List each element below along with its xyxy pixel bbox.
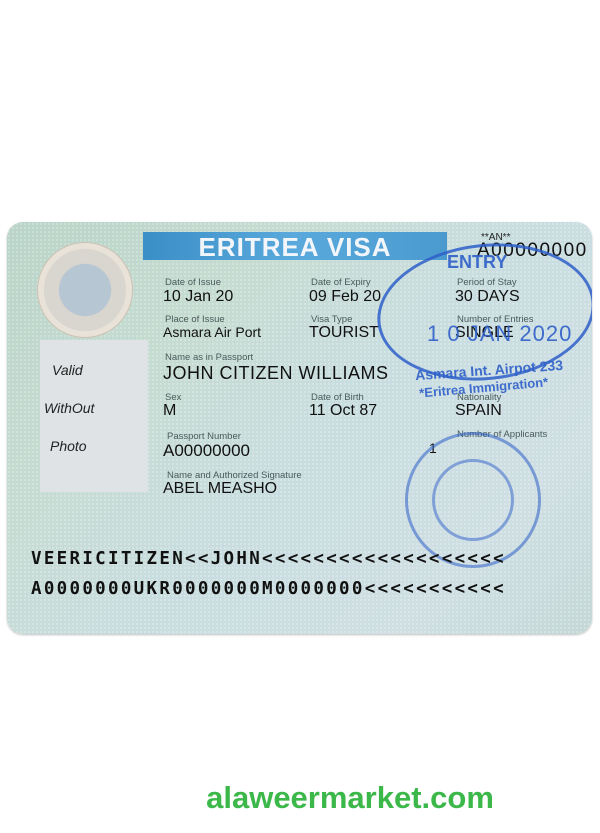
immigration-seal-icon bbox=[405, 432, 541, 568]
stamp-date: 1 0 JAN 2020 bbox=[427, 321, 572, 347]
hologram-seal-icon bbox=[37, 242, 133, 338]
date-of-issue-value: 10 Jan 20 bbox=[163, 288, 233, 306]
sex-value: M bbox=[163, 402, 176, 420]
passport-number-value: A00000000 bbox=[163, 441, 250, 461]
photo-text-2: WithOut bbox=[44, 400, 148, 416]
date-of-issue-label: Date of Issue bbox=[165, 277, 221, 288]
photo-text-1: Valid bbox=[52, 362, 148, 378]
name-label: Name as in Passport bbox=[165, 352, 253, 363]
name-value: JOHN CITIZEN WILLIAMS bbox=[163, 363, 389, 384]
nationality-value: SPAIN bbox=[455, 402, 502, 420]
visa-card: ERITREA VISA **AN** A00000000 Valid With… bbox=[7, 222, 592, 634]
title-banner: ERITREA VISA bbox=[143, 232, 447, 260]
date-of-expiry-value: 09 Feb 20 bbox=[309, 288, 381, 306]
mrz-line-1: VEERICITIZEN<<JOHN<<<<<<<<<<<<<<<<<<< bbox=[31, 549, 506, 569]
date-of-birth-value: 11 Oct 87 bbox=[309, 402, 377, 420]
signature-value: ABEL MEASHO bbox=[163, 480, 277, 498]
visa-title: ERITREA VISA bbox=[143, 232, 447, 262]
watermark-text: alaweermarket.com bbox=[0, 780, 600, 816]
photo-placeholder: Valid WithOut Photo bbox=[40, 340, 148, 492]
date-of-expiry-label: Date of Expiry bbox=[311, 277, 371, 288]
place-of-issue-value: Asmara Air Port bbox=[163, 324, 261, 340]
mrz-line-2: A0000000UKR0000000M0000000<<<<<<<<<<< bbox=[31, 579, 506, 599]
visa-type-value: TOURIST bbox=[309, 324, 379, 342]
stamp-top: ENTRY bbox=[447, 252, 507, 273]
photo-text-3: Photo bbox=[50, 438, 148, 454]
